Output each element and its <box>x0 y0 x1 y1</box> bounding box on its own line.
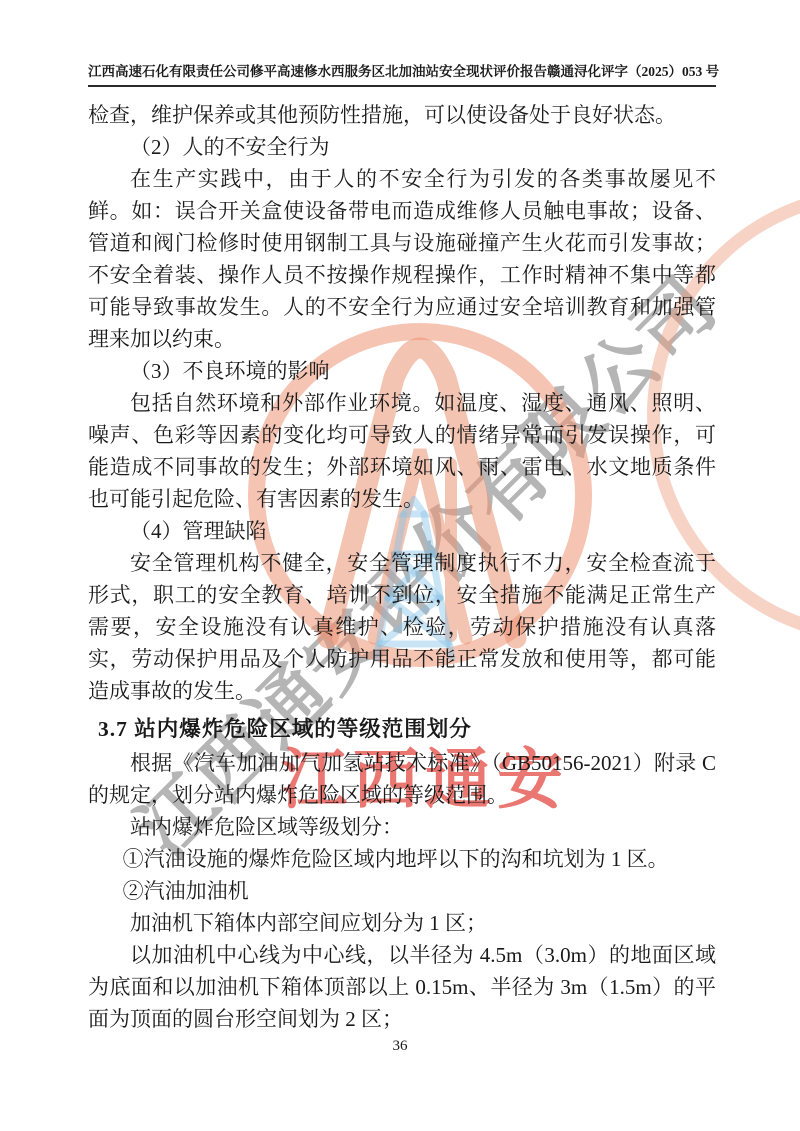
document-number: 赣通浔化评字（2025）053 号 <box>547 60 719 80</box>
document-body: 检查，维护保养或其他预防性措施，可以使设备处于良好状态。 （2）人的不安全行为 … <box>88 99 716 1035</box>
paragraph: 检查，维护保养或其他预防性措施，可以使设备处于良好状态。 <box>88 99 716 131</box>
paragraph: ①汽油设施的爆炸危险区域内地坪以下的沟和坑划为 1 区。 <box>88 843 716 875</box>
paragraph: 站内爆炸危险区域等级划分： <box>88 811 716 843</box>
paragraph: 以加油机中心线为中心线，以半径为 4.5m（3.0m）的地面区域为底面和以加油机… <box>88 939 716 1035</box>
paragraph: 安全管理机构不健全，安全管理制度执行不力，安全检查流于形式，职工的安全教育、培训… <box>88 547 716 707</box>
paragraph: （4）管理缺陷 <box>88 515 716 547</box>
paragraph: ②汽油加油机 <box>88 875 716 907</box>
page-header: 江西高速石化有限责任公司修平高速修水西服务区北加油站安全现状评价报告 赣通浔化评… <box>88 60 716 87</box>
page-number: 36 <box>393 1038 408 1054</box>
paragraph: （2）人的不安全行为 <box>88 131 716 163</box>
document-page: 江西通安评价有限公司 江西通安 江西高速石化有 <box>0 0 800 1131</box>
report-title: 江西高速石化有限责任公司修平高速修水西服务区北加油站安全现状评价报告 <box>88 60 547 80</box>
paragraph: （3）不良环境的影响 <box>88 355 716 387</box>
page-footer: 36 <box>0 1038 800 1055</box>
section-heading: 3.7 站内爆炸危险区域的等级范围划分 <box>98 713 716 745</box>
paragraph: 在生产实践中，由于人的不安全行为引发的各类事故屡见不鲜。如：误合开关盒使设备带电… <box>88 163 716 355</box>
paragraph: 根据《汽车加油加气加氢站技术标准》（GB50156-2021）附录 C 的规定，… <box>88 747 716 811</box>
paragraph: 加油机下箱体内部空间应划分为 1 区； <box>88 907 716 939</box>
paragraph: 包括自然环境和外部作业环境。如温度、湿度、通风、照明、噪声、色彩等因素的变化均可… <box>88 387 716 515</box>
